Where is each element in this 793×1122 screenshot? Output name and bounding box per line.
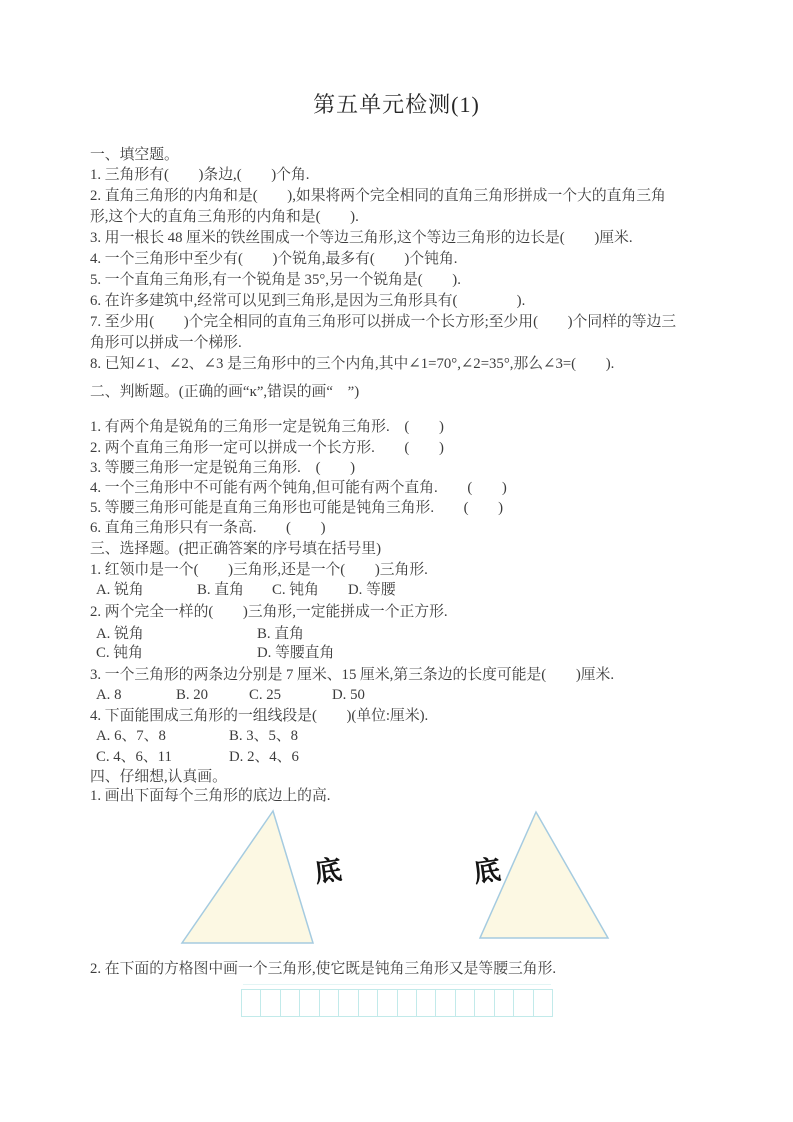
option-c: C. 钝角	[96, 643, 257, 663]
option-a: A. 8	[96, 685, 176, 705]
judge-line: 2. 两个直角三角形一定可以拼成一个长方形. ( )	[90, 438, 444, 458]
fill-line: 8. 已知∠1、∠2、∠3 是三角形中的三个内角,其中∠1=70°,∠2=35°…	[90, 354, 614, 374]
fill-line: 5. 一个直角三角形,有一个锐角是 35°,另一个锐角是( ).	[90, 270, 461, 290]
grid-cell	[456, 990, 475, 1016]
grid-cell	[398, 990, 417, 1016]
fill-line: 4. 一个三角形中至少有( )个锐角,最多有( )个钝角.	[90, 249, 457, 269]
choice-question: 2. 两个完全一样的( )三角形,一定能拼成一个正方形.	[90, 602, 448, 622]
option-b: B. 直角	[197, 580, 272, 600]
option-a: A. 锐角	[96, 624, 257, 644]
option-b: B. 20	[176, 685, 249, 705]
grid-cell	[378, 990, 397, 1016]
grid-cell	[534, 990, 552, 1016]
worksheet-page: 第五单元检测(1) 一、填空题。 1. 三角形有( )条边,( )个角. 2. …	[0, 0, 793, 1122]
option-c: C. 25	[249, 685, 332, 705]
grid-cell	[495, 990, 514, 1016]
grid-cell	[417, 990, 436, 1016]
triangles-figure: 底 底	[170, 798, 630, 950]
fill-line: 3. 用一根长 48 厘米的铁丝围成一个等边三角形,这个等边三角形的边长是( )…	[90, 228, 633, 248]
choice-options-row: C. 钝角D. 等腰直角	[96, 643, 334, 663]
left-triangle	[182, 811, 313, 943]
section3-heading: 三、选择题。(把正确答案的序号填在括号里)	[90, 539, 381, 559]
grid-cell	[436, 990, 455, 1016]
grid-cell	[320, 990, 339, 1016]
left-triangle-base-label: 底	[313, 853, 344, 887]
grid-cell	[514, 990, 533, 1016]
choice-options-row: A. 锐角B. 直角	[96, 624, 304, 644]
choice-question: 4. 下面能围成三角形的一组线段是( )(单位:厘米).	[90, 706, 428, 726]
grid-cell	[242, 990, 261, 1016]
choice-options-row: A. 8B. 20C. 25D. 50	[96, 685, 365, 705]
choice-question: 1. 红领巾是一个( )三角形,还是一个( )三角形.	[90, 560, 428, 580]
page-title: 第五单元检测(1)	[0, 90, 793, 120]
choice-options-row: C. 4、6、11D. 2、4、6	[96, 747, 299, 767]
judge-line: 3. 等腰三角形一定是锐角三角形. ( )	[90, 458, 355, 478]
fill-line: 6. 在许多建筑中,经常可以见到三角形,是因为三角形具有( ).	[90, 291, 525, 311]
option-d: D. 50	[332, 685, 365, 705]
grid-cell	[300, 990, 319, 1016]
option-d: D. 2、4、6	[229, 747, 299, 767]
choice-question: 3. 一个三角形的两条边分别是 7 厘米、15 厘米,第三条边的长度可能是( )…	[90, 665, 614, 685]
right-triangle-base-label: 底	[472, 853, 503, 887]
option-d: D. 等腰直角	[257, 643, 334, 663]
judge-line: 5. 等腰三角形可能是直角三角形也可能是钝角三角形. ( )	[90, 498, 503, 518]
option-c: C. 4、6、11	[96, 747, 229, 767]
choice-options-row: A. 锐角B. 直角C. 钝角D. 等腰	[96, 580, 396, 600]
grid	[241, 989, 553, 1017]
option-b: B. 直角	[257, 624, 304, 644]
fill-line: 7. 至少用( )个完全相同的直角三角形可以拼成一个长方形;至少用( )个同样的…	[90, 312, 676, 332]
judge-line: 4. 一个三角形中不可能有两个钝角,但可能有两个直角. ( )	[90, 478, 507, 498]
judge-line: 1. 有两个角是锐角的三角形一定是锐角三角形. ( )	[90, 417, 444, 437]
choice-options-row: A. 6、7、8B. 3、5、8	[96, 726, 298, 746]
grid-ghost-line	[243, 984, 551, 985]
fill-line: 形,这个大的直角三角形的内角和是( ).	[90, 207, 359, 227]
grid-cell	[359, 990, 378, 1016]
section4-heading: 四、仔细想,认真画。	[90, 767, 227, 787]
grid-cell	[261, 990, 280, 1016]
option-a: A. 锐角	[96, 580, 197, 600]
option-d: D. 等腰	[348, 580, 396, 600]
option-a: A. 6、7、8	[96, 726, 229, 746]
fill-line: 1. 三角形有( )条边,( )个角.	[90, 165, 309, 185]
option-b: B. 3、5、8	[229, 726, 298, 746]
grid-cell	[475, 990, 494, 1016]
draw-task: 2. 在下面的方格图中画一个三角形,使它既是钝角三角形又是等腰三角形.	[90, 959, 556, 979]
section1-heading: 一、填空题。	[90, 145, 179, 165]
grid-cell	[281, 990, 300, 1016]
judge-line: 6. 直角三角形只有一条高. ( )	[90, 518, 326, 538]
fill-line: 2. 直角三角形的内角和是( ),如果将两个完全相同的直角三角形拼成一个大的直角…	[90, 186, 666, 206]
option-c: C. 钝角	[272, 580, 348, 600]
section2-heading: 二、判断题。(正确的画“ĸ”,错误的画“ ”)	[90, 382, 359, 402]
fill-line: 角形可以拼成一个梯形.	[90, 333, 242, 353]
grid-cell	[339, 990, 358, 1016]
